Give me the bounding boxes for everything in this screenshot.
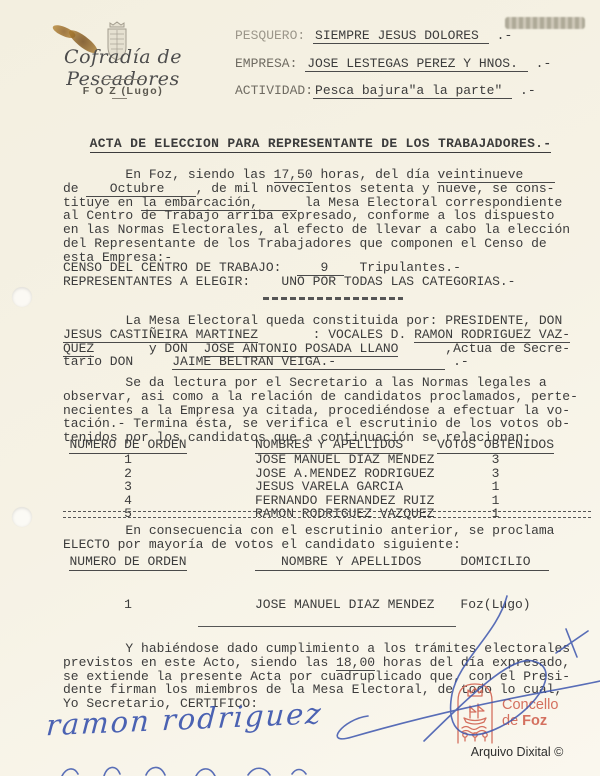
- field-actividad-label: ACTIVIDAD:: [235, 83, 313, 98]
- census-block: CENSO DEL CENTRO DE TRABAJO: 9 Tripulant…: [63, 261, 515, 289]
- table-row: 2JOSE A.MENDEZ RODRIGUEZ3: [63, 467, 554, 481]
- field-empresa-label: EMPRESA:: [235, 56, 297, 71]
- org-place-rule: [112, 98, 127, 99]
- hole-punch: [12, 507, 32, 527]
- field-pesquero: PESQUERO: SIEMPRE JESUS DOLORES .-: [235, 28, 512, 43]
- field-actividad-value: Pesca bajura"a la parte": [313, 83, 512, 99]
- table-row: 3JESUS VARELA GARCIA1: [63, 480, 554, 494]
- elected-table-rule: [198, 626, 456, 627]
- concello-de-foz-logo: [450, 680, 500, 744]
- elected-col-domicilio: DOMICILIO: [442, 554, 548, 571]
- elected-col-orden: NUMERO DE ORDEN: [69, 554, 186, 571]
- table-row: 4FERNANDO FERNANDEZ RUIZ1: [63, 494, 554, 508]
- org-name: Cofradía de Pescadores: [16, 46, 230, 90]
- field-actividad: ACTIVIDAD:Pesca bajura"a la parte" .-: [235, 83, 536, 98]
- paragraph-intro: En Foz, siendo las 17,50 horas, del día …: [63, 168, 570, 265]
- field-empresa: EMPRESA: JOSE LESTEGAS PEREZ Y HNOS. .-: [235, 56, 551, 71]
- paragraph-mesa: La Mesa Electoral queda constituida por:…: [63, 314, 570, 369]
- watermark-de-foz: de Foz: [502, 713, 547, 729]
- hole-punch: [12, 287, 32, 307]
- dashed-divider: [263, 297, 403, 300]
- field-empresa-value: JOSE LESTEGAS PEREZ Y HNOS.: [305, 56, 528, 72]
- elected-col-nombre: NOMBRE Y APELLIDOS: [255, 554, 447, 571]
- table-row: 1JOSE MANUEL DIAZ MENDEZ3: [63, 453, 554, 467]
- archive-label: Arquivo Dixital ©: [452, 745, 582, 759]
- paragraph-lectura: Se da lectura por el Secretario a las No…: [63, 376, 578, 445]
- votes-table-header: NUMERO DE ORDEN NOMBRES Y APELLIDOS VOTO…: [63, 438, 554, 452]
- field-pesquero-label: PESQUERO:: [235, 28, 305, 43]
- org-name-rule: [102, 79, 144, 80]
- org-place: F O Z (Lugo): [16, 85, 230, 97]
- document-title: ACTA DE ELECCION PARA REPRESENTANTE DE L…: [63, 136, 578, 151]
- paragraph-proclaim: En consecuencia con el escrutinio anteri…: [63, 524, 554, 552]
- double-rule: [63, 511, 591, 518]
- elected-table-rows: 1JOSE MANUEL DIAZ MENDEZFoz(Lugo): [63, 598, 554, 612]
- table-row: 1JOSE MANUEL DIAZ MENDEZFoz(Lugo): [63, 598, 554, 612]
- field-pesquero-value: SIEMPRE JESUS DOLORES: [313, 28, 489, 44]
- illegible-stamp: [505, 17, 585, 29]
- elected-table-header: NUMERO DE ORDEN NOMBRE Y APELLIDOS DOMIC…: [63, 555, 554, 569]
- watermark-concello: Concello: [502, 697, 558, 713]
